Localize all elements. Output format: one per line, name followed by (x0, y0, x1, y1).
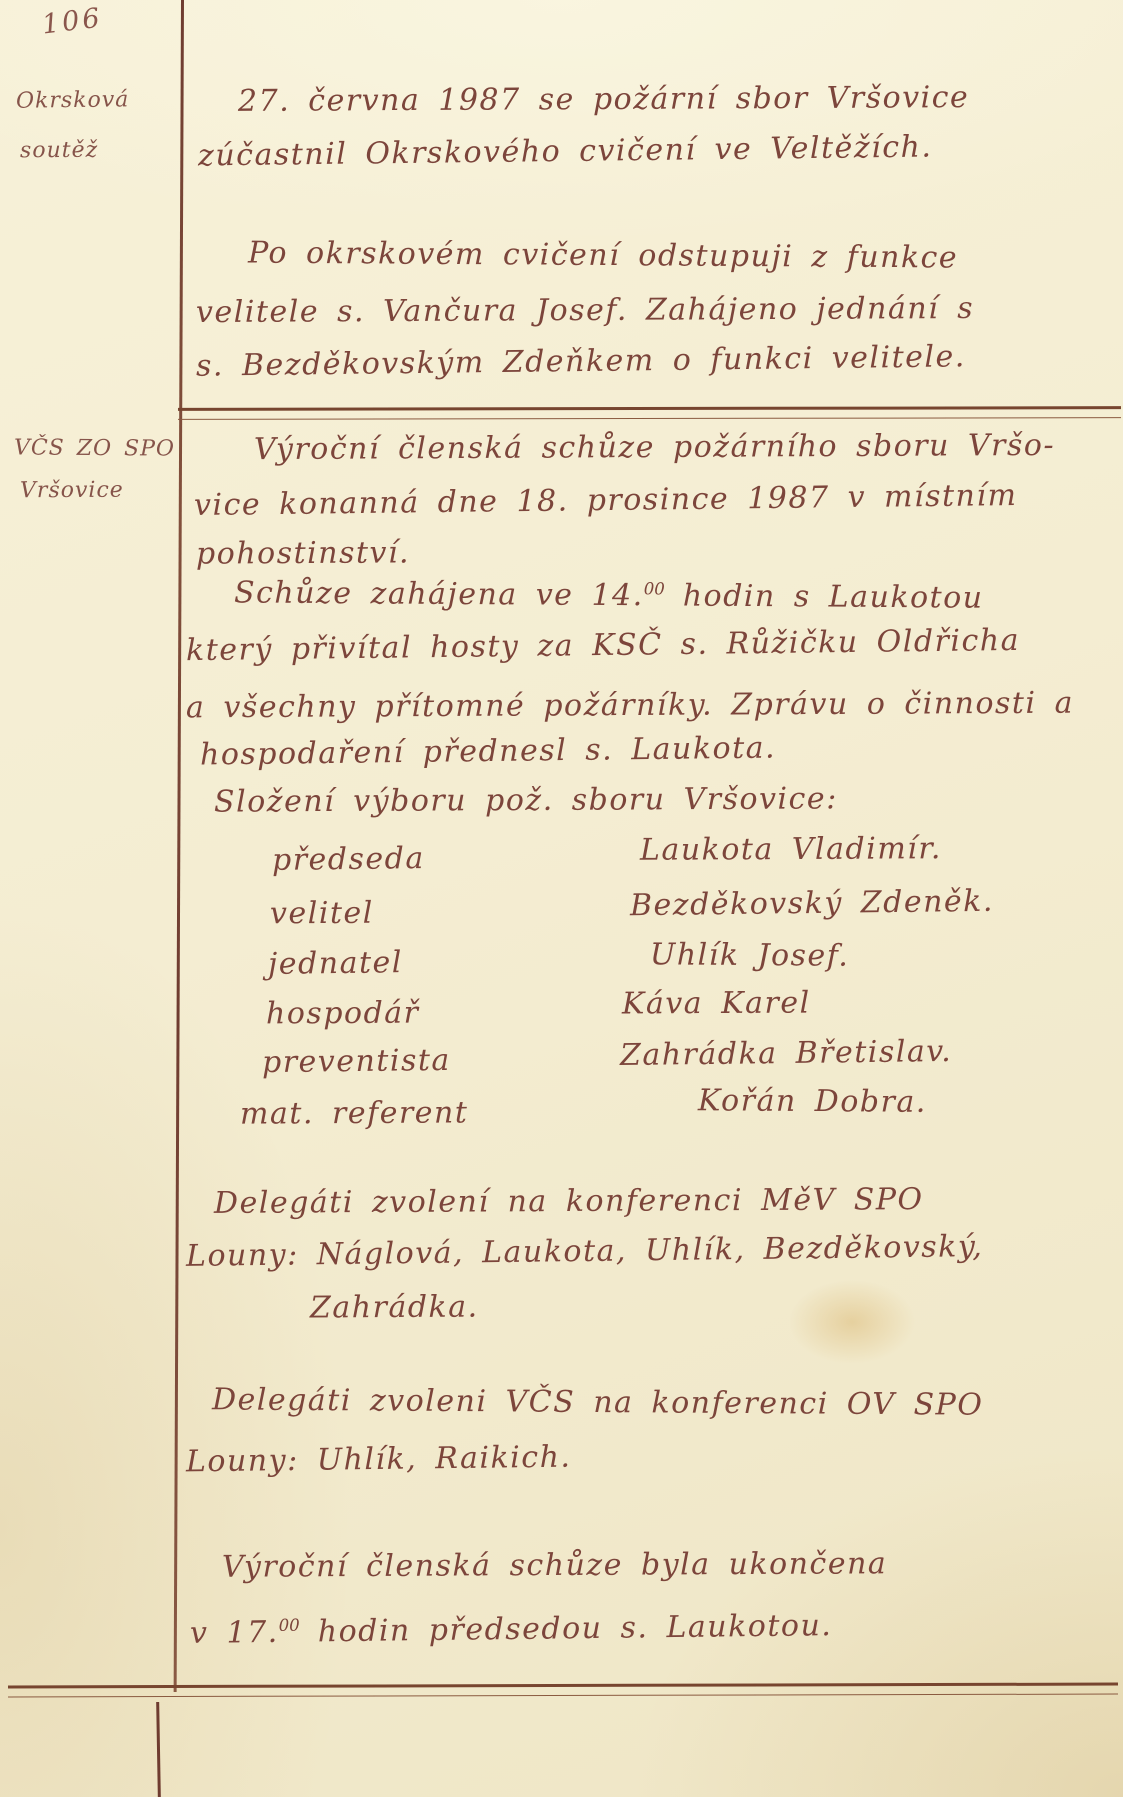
entry2-p2-line4: hospodaření přednesl s. Laukota. (200, 730, 776, 772)
entry2-p3-line1: Delegáti zvolení na konferenci MěV SPO (214, 1182, 924, 1221)
entry2-p1-line2: vice konanná dne 18. prosince 1987 v mís… (194, 478, 1018, 523)
entry2-p2-line3: a všechny přítomné požárníky. Zprávu o č… (186, 686, 1074, 726)
committee-role-hospodar: hospodář (266, 996, 420, 1032)
page-number: 106 (40, 2, 104, 40)
committee-role-jednatel: jednatel (268, 945, 403, 982)
entry2-p2-line2: který přivítal hosty za KSČ s. Růžičku O… (186, 623, 1020, 668)
committee-role-velitel: velitel (270, 896, 374, 932)
committee-name-laukota: Laukota Vladimír. (640, 831, 942, 868)
entry2-p4-line2: Louny: Uhlík, Raikich. (186, 1440, 572, 1480)
entry2-p4-line1: Delegáti zvoleni VČS na konferenci OV SP… (212, 1382, 984, 1422)
entry2-p2-line1-post: hodin s Laukotou (665, 578, 984, 615)
entry1-p2-line3: s. Bezděkovským Zdeňkem o funkci velitel… (196, 339, 966, 383)
chronicle-page: 106 Okrsková soutěž VČS ZO SPO Vršovice … (0, 0, 1123, 1797)
entry2-p1-line3: pohostinství. (196, 535, 410, 571)
committee-heading: Složení výboru pož. sboru Vršovice: (214, 781, 838, 819)
entry2-p2-line1: Schůze zahájena ve 14.00 hodin s Laukoto… (234, 575, 984, 615)
committee-name-uhlik: Uhlík Josef. (650, 937, 850, 973)
entry2-p3-line2: Louny: Náglová, Laukota, Uhlík, Bezděkov… (186, 1229, 984, 1274)
margin-note-vrsovice: Vršovice (20, 478, 124, 504)
margin-note-okrskova: Okrsková (16, 87, 130, 113)
page-bottom-rule (8, 1683, 1118, 1698)
entry2-p5-line2: v 17.00 hodin předsedou s. Laukotou. (190, 1608, 833, 1651)
entry1-p1-line1: 27. června 1987 se požární sbor Vršovice (238, 80, 969, 119)
entry2-p5-line2-post: hodin předsedou s. Laukotou. (300, 1608, 833, 1650)
committee-role-preventista: preventista (262, 1043, 451, 1080)
committee-name-bezdekovsky: Bezděkovský Zdeněk. (630, 884, 994, 923)
committee-role-predseda: předseda (272, 841, 425, 878)
entry2-p2-line1-pre: Schůze zahájena ve 14. (234, 575, 644, 613)
entry1-p1-line2: zúčastnil Okrskového cvičení ve Veltěžíc… (198, 130, 933, 174)
committee-name-koran: Kořán Dobra. (698, 1083, 927, 1120)
margin-vertical-rule-bottom (156, 1702, 161, 1797)
committee-name-zahradka: Zahrádka Břetislav. (620, 1034, 953, 1073)
entry2-p5-line1: Výroční členská schůze byla ukončena (222, 1546, 887, 1584)
entry1-p2-line1: Po okrskovém cvičení odstupuji z funkce (248, 236, 958, 276)
entry1-p2-line2: velitele s. Vančura Josef. Zahájeno jedn… (196, 291, 974, 330)
entry2-p5-line2-superscript: 00 (279, 1616, 300, 1635)
entry2-p2-line1-superscript: 00 (644, 579, 665, 598)
margin-note-vcs-zo-spo: VČS ZO SPO (14, 435, 175, 461)
entry2-p5-line2-pre: v 17. (190, 1615, 279, 1651)
committee-name-kava: Káva Karel (622, 986, 811, 1022)
entry2-p3-line3: Zahrádka. (310, 1290, 479, 1326)
margin-vertical-rule (174, 0, 184, 1692)
section-divider-rule (178, 406, 1121, 420)
margin-note-soutez: soutěž (20, 138, 98, 163)
committee-role-mat-referent: mat. referent (240, 1095, 469, 1131)
entry2-p1-line1: Výroční členská schůze požárního sboru V… (254, 428, 1055, 467)
